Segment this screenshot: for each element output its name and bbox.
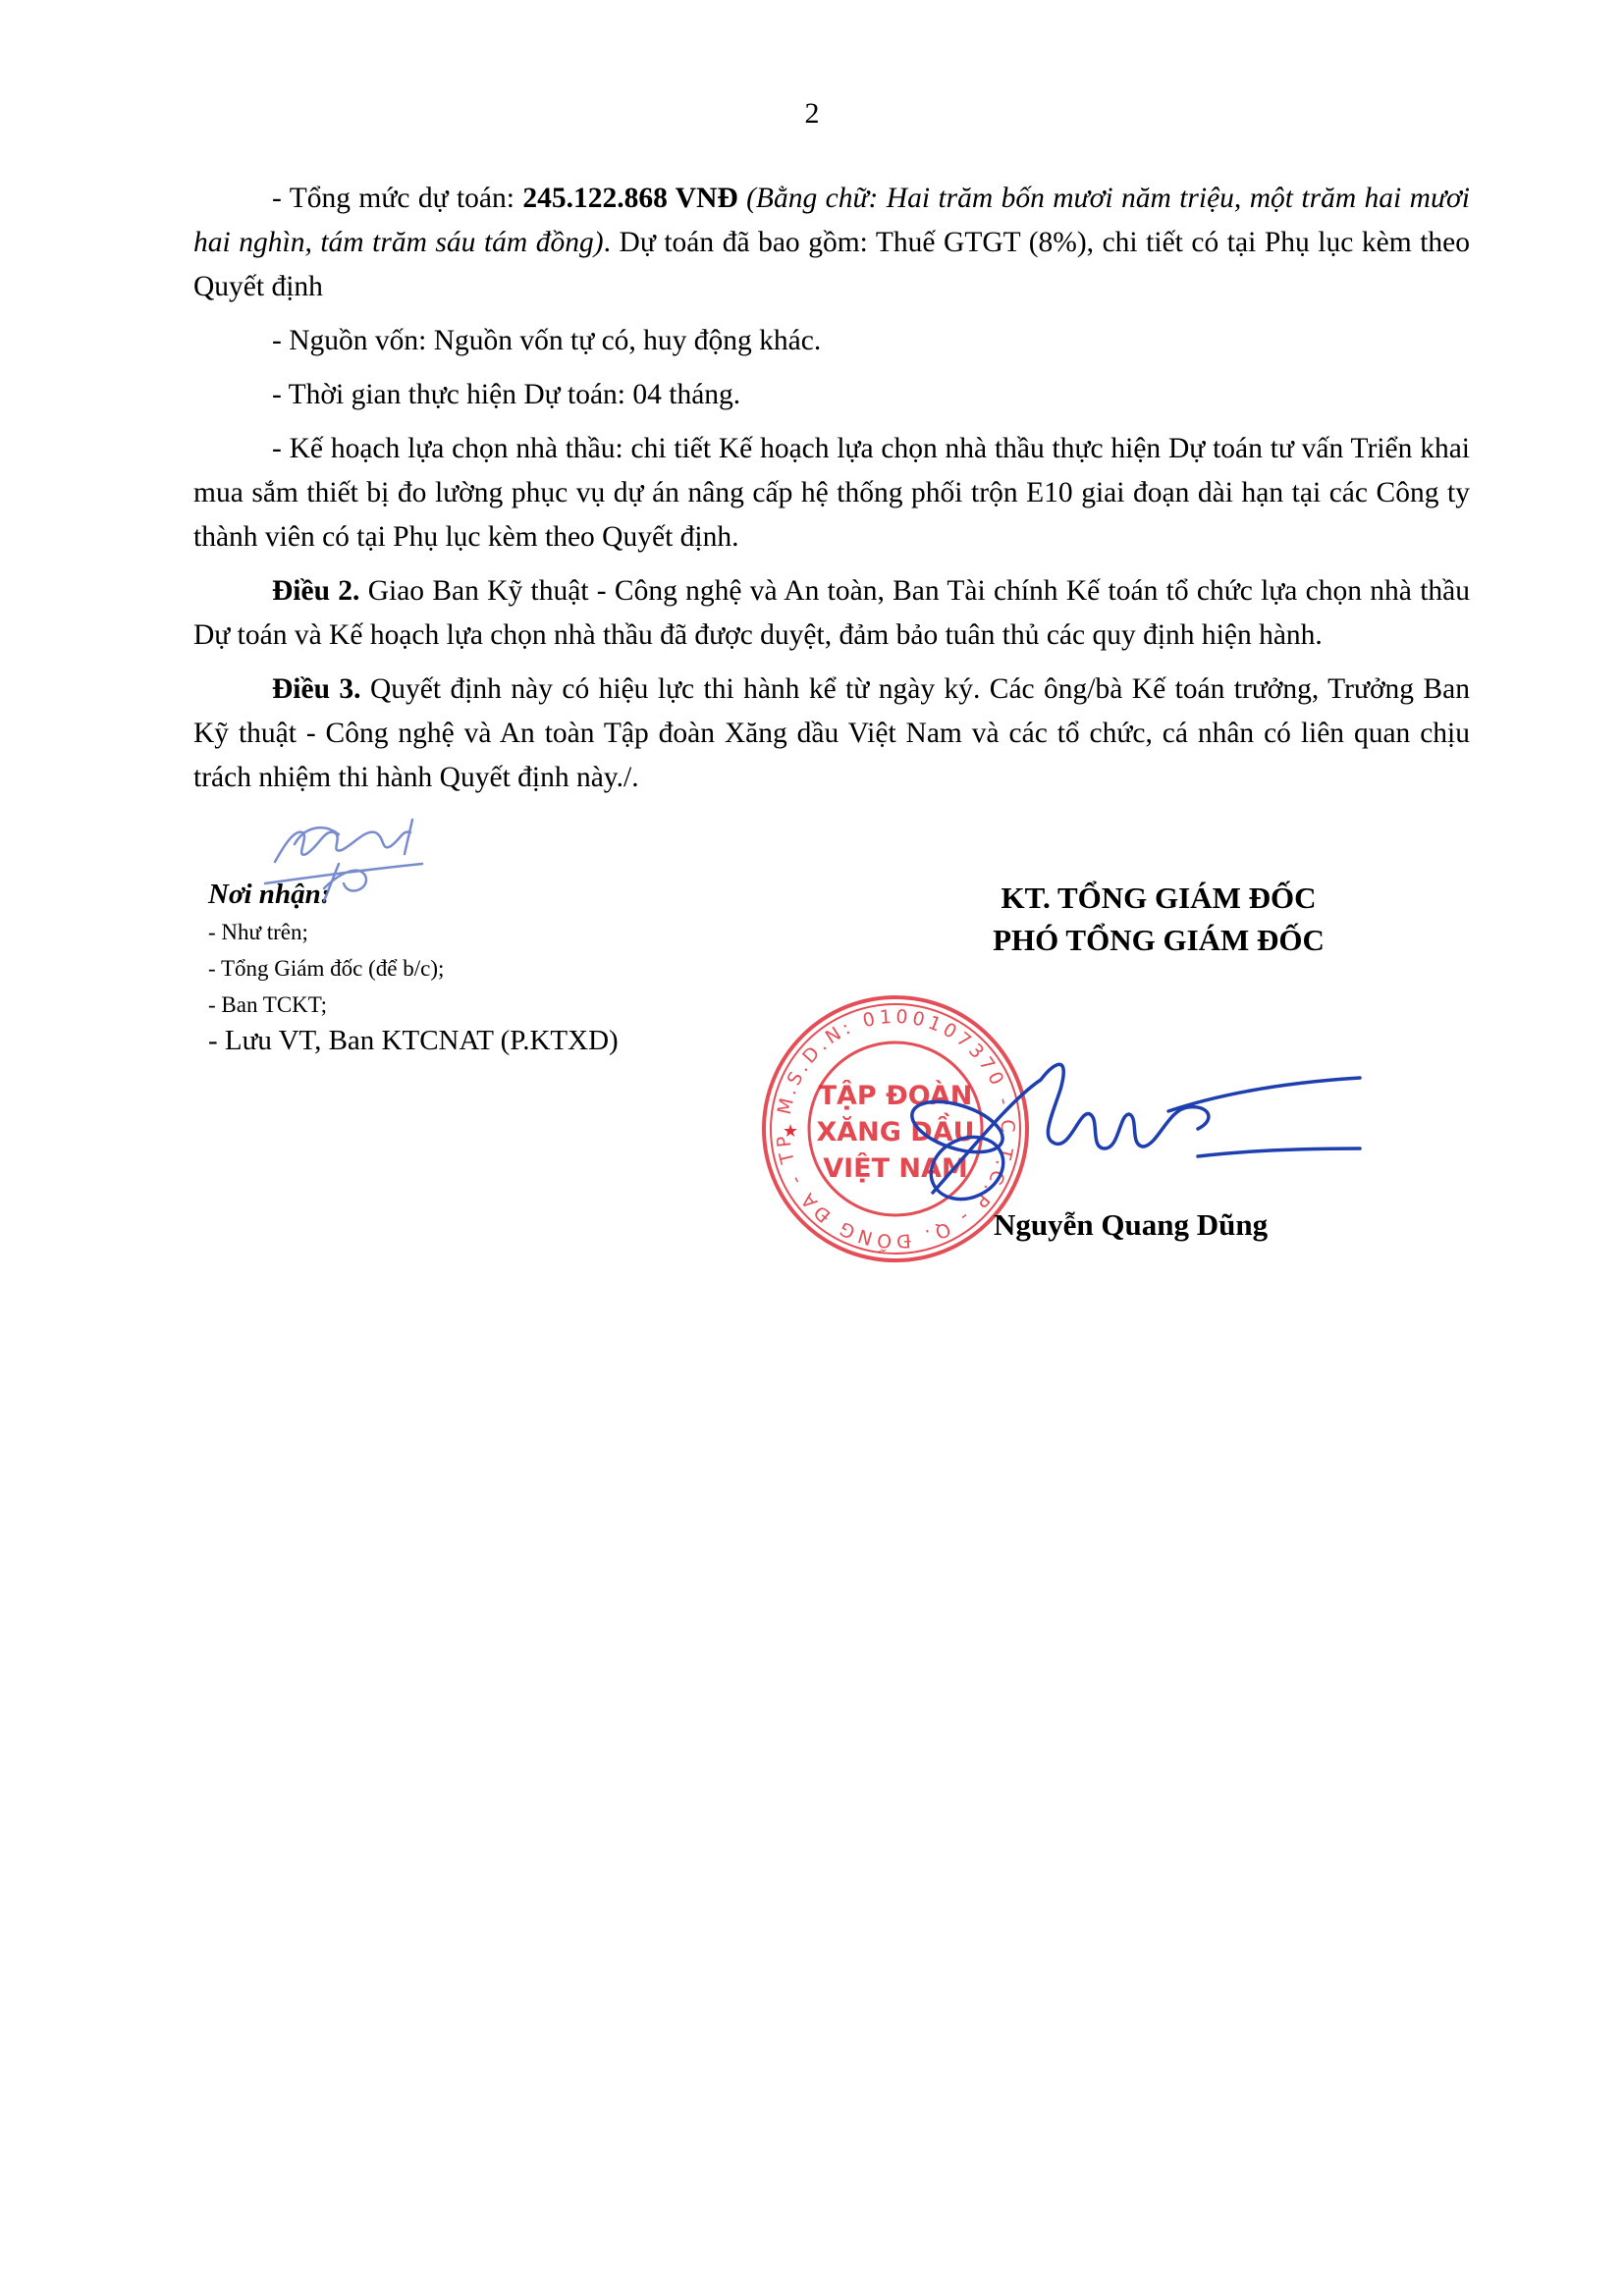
article-3: Điều 3. Quyết định này có hiệu lực thi h…	[193, 667, 1470, 800]
article-2: Điều 2. Giao Ban Kỹ thuật - Công nghệ và…	[193, 569, 1470, 658]
stamp-line2: XĂNG DẦU	[816, 1113, 974, 1148]
document-body: - Tổng mức dự toán: 245.122.868 VNĐ (Bằn…	[193, 177, 1470, 810]
recipient-item: - Tổng Giám đốc (để b/c);	[208, 950, 758, 987]
paragraph-contractor-plan: - Kế hoạch lựa chọn nhà thầu: chi tiết K…	[193, 427, 1470, 560]
total-estimate-amount: 245.122.868 VNĐ	[522, 183, 737, 214]
stamp-line3: VIỆT NAM	[823, 1152, 968, 1184]
paragraph-funding-source: - Nguồn vốn: Nguồn vốn tự có, huy động k…	[193, 319, 1470, 363]
article-2-text: Giao Ban Kỹ thuật - Công nghệ và An toàn…	[193, 575, 1470, 651]
total-estimate-prefix: - Tổng mức dự toán:	[272, 183, 522, 214]
recipients-block: Nơi nhận: - Như trên; - Tổng Giám đốc (đ…	[208, 877, 758, 1059]
paragraph-total-estimate: - Tổng mức dự toán: 245.122.868 VNĐ (Bằn…	[193, 177, 1470, 309]
page-number: 2	[0, 96, 1624, 132]
recipients-list: - Như trên; - Tổng Giám đốc (để b/c); - …	[208, 914, 758, 1059]
article-2-label: Điều 2.	[272, 575, 359, 607]
signer-name: Nguyễn Quang Dũng	[994, 1205, 1268, 1245]
signature-title-line1: KT. TỔNG GIÁM ĐỐC	[923, 877, 1394, 919]
recipient-item: - Lưu VT, Ban KTCNAT (P.KTXD)	[208, 1023, 758, 1059]
signature-title-block: KT. TỔNG GIÁM ĐỐC PHÓ TỔNG GIÁM ĐỐC	[923, 877, 1394, 961]
stamp-line1: TẬP ĐOÀN	[819, 1080, 973, 1111]
signature-title-line2: PHÓ TỔNG GIÁM ĐỐC	[923, 919, 1394, 961]
recipient-item: - Ban TCKT;	[208, 987, 758, 1023]
paragraph-duration: - Thời gian thực hiện Dự toán: 04 tháng.	[193, 373, 1470, 417]
recipients-title: Nơi nhận:	[208, 877, 758, 912]
article-3-text: Quyết định này có hiệu lực thi hành kể t…	[193, 673, 1470, 793]
recipient-item: - Như trên;	[208, 914, 758, 950]
stamp-star-icon: ★	[783, 1121, 798, 1141]
article-3-label: Điều 3.	[272, 673, 361, 705]
